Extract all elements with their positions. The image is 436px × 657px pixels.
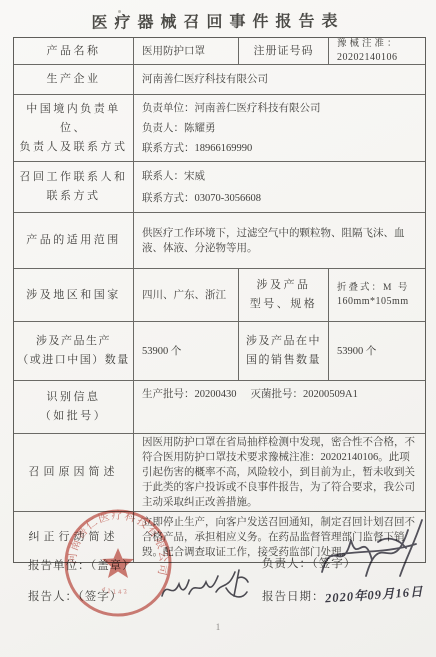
manufacturer-value: 河南善仁医疗科技有限公司	[134, 65, 425, 94]
production-batch: 生产批号：20200430	[142, 387, 237, 430]
seal-code: 41142	[100, 586, 130, 596]
report-date: 报告日期：2020年09月16日	[262, 586, 423, 604]
china-responsible-label: 中国境内负责单位、 负责人及联系方式	[14, 95, 134, 161]
seal-star-icon	[102, 548, 134, 578]
row-scope-of-use: 产品的适用范围 供医疗工作环境下，过滤空气中的颗粒物、阻隔飞沫、血液、体液、分泌…	[14, 213, 425, 269]
row-product-name: 产品名称 医用防护口罩 注册证号码 豫械注准： 20202140106	[14, 38, 425, 65]
registration-prefix: 豫械注准：	[337, 38, 417, 51]
model-spec-label: 涉及产品 型号、规格	[239, 269, 329, 321]
report-date-value: 2020年09月16日	[324, 582, 424, 607]
responsible-contact: 联系方式：18966169990	[142, 141, 417, 156]
product-name-label: 产品名称	[14, 38, 134, 64]
scope-value: 供医疗工作环境下，过滤空气中的颗粒物、阻隔飞沫、血液、体液、分泌物等用。	[134, 213, 425, 268]
identification-label: 识别信息 （如批号）	[14, 381, 134, 433]
row-manufacturer: 生产企业 河南善仁医疗科技有限公司	[14, 65, 425, 95]
production-qty-value: 53900 个	[134, 322, 239, 380]
product-name-value: 医用防护口罩	[134, 38, 239, 64]
report-date-label: 报告日期：	[262, 591, 325, 603]
page-title: 医疗器械召回事件报告表	[0, 7, 436, 33]
responsible-person: 负责人：陈耀勇	[142, 121, 417, 136]
row-identification: 识别信息 （如批号） 生产批号：20200430 灭菌批号：20200509A1	[14, 381, 425, 434]
sterilization-batch: 灭菌批号：20200509A1	[251, 387, 358, 430]
row-china-responsible: 中国境内负责单位、 负责人及联系方式 负责单位：河南善仁医疗科技有限公司 负责人…	[14, 95, 425, 162]
row-quantities: 涉及产品生产 （或进口中国）数量 53900 个 涉及产品在中 国的销售数量 5…	[14, 322, 425, 381]
china-responsible-value: 负责单位：河南善仁医疗科技有限公司 负责人：陈耀勇 联系方式：189661699…	[134, 95, 425, 161]
model-spec-value: 折叠式：M 号 160mm*105mm	[329, 269, 425, 321]
model-type: 折叠式：M 号	[337, 282, 417, 295]
row-recall-reason: 召回原因简述 因医用防护口罩在省局抽样检测中发现，密合性不合格，不符合医用防护口…	[14, 434, 425, 512]
contact-person: 联系人：宋威	[142, 169, 417, 184]
registration-number-value: 豫械注准： 20202140106	[329, 38, 425, 64]
recall-reason-label: 召回原因简述	[14, 434, 134, 511]
contact-phone: 联系方式：03070-3056608	[142, 191, 417, 206]
recall-contact-value: 联系人：宋威 联系方式：03070-3056608	[134, 162, 425, 212]
registration-number-label: 注册证号码	[239, 38, 329, 64]
sales-qty-label: 涉及产品在中 国的销售数量	[239, 322, 329, 380]
registration-digits: 20202140106	[337, 51, 417, 64]
responsible-unit: 负责单位：河南善仁医疗科技有限公司	[142, 101, 417, 116]
regions-value: 四川、广东、浙江	[134, 269, 239, 321]
recall-reason-value: 因医用防护口罩在省局抽样检测中发现，密合性不合格，不符合医用防护口罩技术要求豫械…	[134, 434, 425, 511]
row-recall-contact: 召回工作联系人和 联系方式 联系人：宋威 联系方式：03070-3056608	[14, 162, 425, 213]
scope-label: 产品的适用范围	[14, 213, 134, 268]
production-qty-label: 涉及产品生产 （或进口中国）数量	[14, 322, 134, 380]
report-page: 医疗器械召回事件报告表 产品名称 医用防护口罩 注册证号码 豫械注准： 2020…	[0, 0, 436, 657]
manufacturer-label: 生产企业	[14, 65, 134, 94]
reporter-signature	[156, 566, 251, 610]
report-table: 产品名称 医用防护口罩 注册证号码 豫械注准： 20202140106 生产企业…	[13, 37, 426, 563]
model-size: 160mm*105mm	[337, 295, 417, 308]
identification-value: 生产批号：20200430 灭菌批号：20200509A1	[134, 381, 425, 433]
regions-label: 涉及地区和国家	[14, 269, 134, 321]
sales-qty-value: 53900 个	[329, 322, 425, 380]
recall-contact-label: 召回工作联系人和 联系方式	[14, 162, 134, 212]
principal-signature	[314, 514, 426, 584]
row-regions: 涉及地区和国家 四川、广东、浙江 涉及产品 型号、规格 折叠式：M 号 160m…	[14, 269, 425, 322]
